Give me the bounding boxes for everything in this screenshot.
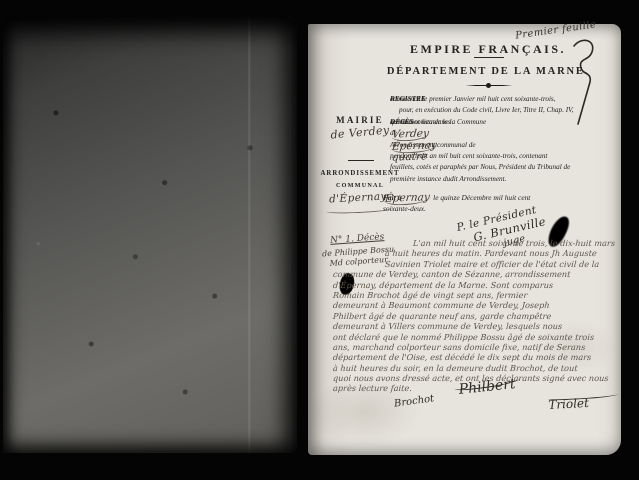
- feuillets-count-handwritten: quatre: [391, 151, 428, 164]
- preamble-line-feuillets: pendant ledit an mil huit cent soixante-…: [390, 151, 622, 162]
- death-act-body: L'an mil huit cent soixante trois, le di…: [333, 238, 621, 394]
- preamble-line: servir à constater les DÉCÈS qui auront …: [390, 117, 622, 128]
- act-line: ont déclaré que le nommé Philippe Bossu …: [333, 332, 622, 342]
- act-line: à huit heures du soir, en la demeure dud…: [333, 363, 622, 373]
- act-line: ans, marchand colporteur sans domicile f…: [333, 342, 622, 352]
- register-book-scan: Premier feuille EMPIRE FRANÇAIS. DÉPARTE…: [0, 0, 639, 480]
- register-preamble: REGISTRE commencé le premier Janvier mil…: [390, 94, 622, 185]
- arrondissement-label: ARRONDISSEMENT: [310, 170, 410, 177]
- margin-divider: [348, 160, 374, 161]
- preamble-line-commune: de Verdey: [390, 128, 622, 139]
- communal-label: COMMUNAL: [314, 182, 406, 189]
- act-line: demeurant à Beaumont commune de Verdey, …: [333, 300, 622, 310]
- act-line: à huit heures du matin. Pardevant nous J…: [333, 248, 622, 258]
- register-recto-page: Premier feuille EMPIRE FRANÇAIS. DÉPARTE…: [308, 24, 621, 455]
- act-line: département de l'Oise, est décédé le dix…: [333, 352, 622, 362]
- signature-brochot: Brochot: [393, 393, 434, 409]
- act-line: commune de Verdey, canton de Sézanne, ar…: [333, 269, 622, 279]
- ornament-divider: [465, 83, 513, 88]
- title-divider: [474, 57, 504, 58]
- page-title: EMPIRE FRANÇAIS.: [368, 42, 608, 57]
- blank-verso-page: [3, 17, 297, 453]
- preamble-line: REGISTRE commencé le premier Janvier mil…: [390, 94, 622, 105]
- act-line: d'Épernay, département de la Marne. Sont…: [333, 280, 622, 290]
- page-subtitle: DÉPARTEMENT DE LA MARNE.: [368, 66, 608, 77]
- preamble-line: pour, en exécution du Code civil, Livre …: [390, 105, 622, 116]
- act-line: L'an mil huit cent soixante trois, le di…: [333, 238, 622, 248]
- preamble-line-arrondissement: Arrondissement communal de Épernay: [390, 140, 622, 151]
- act-line: Savinien Triolet maire et officier de l'…: [333, 259, 622, 269]
- act-line: Romain Brochot âgé de vingt sept ans, fe…: [333, 290, 622, 300]
- preamble-line: feuillets, cotés et paraphés par Nous, P…: [390, 162, 622, 173]
- preamble-line: première instance dudit Arrondissement.: [390, 174, 622, 185]
- act-line: Philbert âgé de quarante neuf ans, garde…: [333, 311, 622, 321]
- act-line: demeurant à Villers commune de Verdey, l…: [333, 321, 622, 331]
